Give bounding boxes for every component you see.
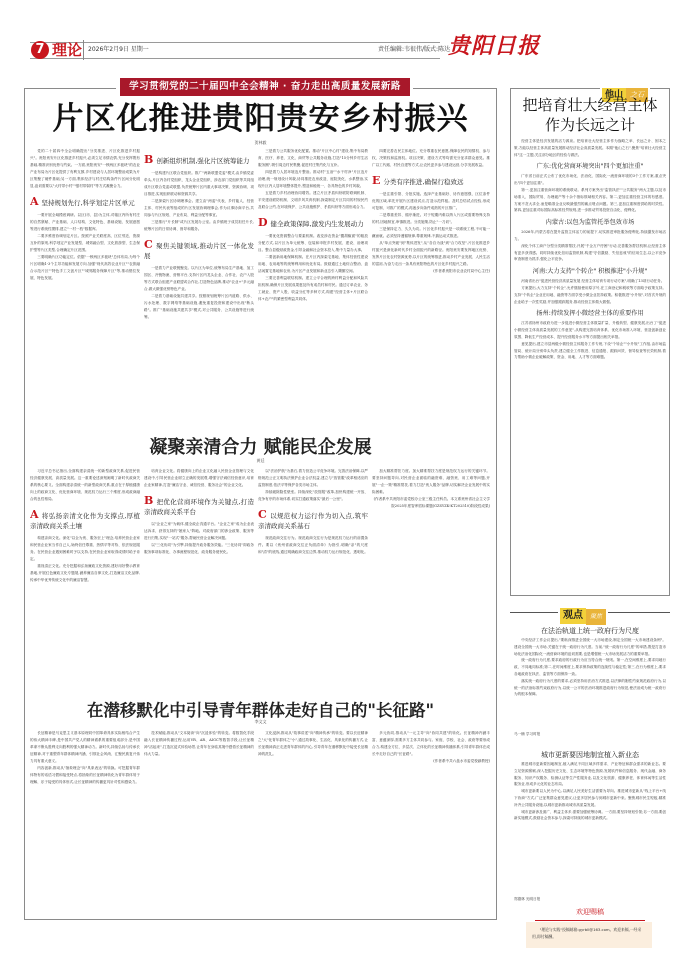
paragraph: 三是推行"片长制"或片区发展办公室。由乡镇班子成员担任片长,统筹片区的日常协调、… bbox=[144, 219, 254, 233]
lead-column-3: 三是着力公共服务优化配置。推动"片区中心村"建设,集中布局教育、医疗、养老、文化… bbox=[258, 148, 368, 433]
paragraph: 规范政商交往行为。规范政商交往行为是规范权力运行的前置条件。要以《贵州省政商交往… bbox=[258, 535, 368, 556]
bottom-column-2: 技术赋能,推动从"文本阅读"向"沉浸体验"的转变。将数智化手段融入长征精神传播过… bbox=[144, 730, 254, 915]
author-signature: (作者系中共六盘水市委党校副教授) bbox=[372, 758, 490, 765]
bottom-column-1: 长征精神是马克思主义基本原理同中国革命具体实际相结合产生的伟大精神丰碑,是中国共… bbox=[30, 730, 140, 915]
paragraph: 三是着力公共服务优化配置。推动"片区中心村"建设,集中布局教育、医疗、养老、文化… bbox=[258, 148, 368, 169]
lead-byline: 贺林毅 bbox=[24, 140, 497, 146]
paragraph: 习近平总书记指出,全面构建亲清统一的新型政商关系,促进民营经济健康发展、高质量发… bbox=[30, 468, 140, 503]
header-rule bbox=[30, 42, 440, 43]
paragraph: 加大精准帮扶力度。加大精准帮扶力度是规范权力运行的关键环节。要坚持问题导向,对民… bbox=[372, 468, 490, 496]
bottom-column-4: 多元协同,推动从"一元主导"向"协同共建"的转化。长征精神内涵丰富、意蕴深厚,需… bbox=[372, 730, 490, 915]
section-heading: D健全政策保障,激发内生发展动力 bbox=[258, 217, 368, 229]
mid-column-2: 培育企业文化。将健康向上的企业文化融入民营企业管理与文化建设中,引导民营企业树立… bbox=[144, 468, 254, 690]
lead-intro: 党的二十届四中全会明确提出"分类推进、片区化推进乡村振兴"。贵阳贵安片区化推进乡… bbox=[30, 148, 140, 190]
paragraph: 以"法治护航"为基石,着力营造公平竞争环境。完善法治保障,以严格规范公正文明执法… bbox=[258, 468, 368, 489]
paragraph: 中央经济工作会议提出,"要纵深推进全国统一大市场建设,制定全国统一大市场建设条例… bbox=[514, 637, 666, 657]
section-name: 理论 bbox=[52, 40, 82, 60]
sidebar-column-tag: 他山之石 bbox=[600, 82, 650, 96]
paragraph: 多元协同,推动从"一元主导"向"协同共建"的转化。长征精神内涵丰富、意蕴深厚,需… bbox=[372, 730, 490, 758]
paragraph: 五是着力乡村治理协同增效。建立片区矛盾纠纷联防联调机制、平安建设联防机制、文明乡… bbox=[258, 190, 368, 211]
section-heading: A坚持规划先行,科学划定片区单元 bbox=[30, 196, 140, 208]
section-heading: B创新组织机制,强化片区统筹能力 bbox=[144, 154, 254, 166]
paragraph: 江苏省扬州市政府为进一步促进小微经营主体数量扩量、升级转型、健康发展,出台了"促… bbox=[514, 320, 666, 340]
paragraph: 推进城市更新要因地制宜,植入满足不同区域多样需求、产业特征和群众需求的新业态。要… bbox=[514, 761, 666, 788]
paragraph: 从"单点突破"到"集体进发",从"各自为战"到"合力攻坚",片区化推进乡村振兴是… bbox=[372, 240, 490, 268]
author-signature: 马一楠 学习时报 bbox=[514, 731, 666, 739]
paragraph: 广东省日前正式公布了优化市场化、法治化、国际化一流营商环境的3个工作方案,重点突… bbox=[514, 173, 666, 187]
viewpoint-title: 城市更新要因地制宜植入新业态 bbox=[510, 750, 670, 760]
viewpoint-title: 在法治轨道上统一政府行为尺度 bbox=[510, 626, 670, 636]
paragraph: 文化浸润,推动从"故事讲述"向"精神传承"的转变。要以长征精神之"大"化青年群体… bbox=[258, 730, 368, 758]
paragraph: 城市更新涉及面广、利益主体多,需要加强统筹协调。一方面,要坚持规划引领;另一方面… bbox=[514, 809, 666, 823]
issue-date: 2026年2月9日 星期一 bbox=[88, 45, 149, 55]
page-number-badge: 7 bbox=[31, 41, 49, 59]
paragraph: 长征精神是马克思主义基本原理同中国革命具体实际相结合产生的伟大精神丰碑,是中国共… bbox=[30, 730, 140, 765]
paragraph: 第一,更加注重营商环境的系统联动。系列方案突出"监管执法""公共服务"两大主题,… bbox=[514, 187, 666, 214]
paragraph: 四是着力人居环境连片整治。推动村"五治""水干村净"片区连片治理,统一规划设计风… bbox=[258, 169, 368, 190]
mid-byline: 黄廷 bbox=[24, 458, 497, 464]
paragraph: 四要完善农民主体地位。充分尊重农民意愿,保障农民的知情权、参与权、决策权和监督权… bbox=[372, 148, 490, 169]
contribution-text: "理论与实践"投稿邮箱:gyrbll@163.com。欢迎来稿,一经采用,即付稿… bbox=[532, 926, 646, 940]
newspaper-masthead: 贵阳日报 bbox=[448, 32, 540, 60]
kicker-banner: 学习贯彻党的二十届四中全会精神 · 奋力走出高质量发展新路 bbox=[120, 78, 410, 96]
author-signature: 郑德林 光明日报 bbox=[514, 896, 666, 904]
frame-rule bbox=[24, 88, 116, 89]
paragraph: 重视清正文化。充分挖掘和弘扬廉政文化资源,建好用好警示教育基地,开展红色廉政文化… bbox=[30, 563, 140, 584]
sidebar-headline: 把培育壮大经营主体 作为长远之计 bbox=[510, 95, 670, 135]
contribution-title: 欢迎赐稿 bbox=[510, 907, 670, 917]
sidebar-subhead: 广东:优化营商环境突出"四个更加注重" bbox=[514, 162, 666, 172]
sidebar-subhead: 内蒙古:以包为监管托举包效市场 bbox=[514, 218, 666, 228]
paragraph: 一是着力产业联链聚变。以片区为单位,统筹布局生产基地、加工园区、冷链物流、营销平… bbox=[144, 265, 254, 293]
paragraph: 培育企业文化。将健康向上的企业文化融入民营企业管理与文化建设中,引导民营企业树立… bbox=[144, 468, 254, 489]
paragraph: 一要优化资源整合与要素机制。改变涉农资金"撒胡椒面"的粗放分配方式,以片区为单元… bbox=[258, 233, 368, 254]
paragraph: 二要创新用地保障机制。在片区内探索宅基地、集体经营性建设用地、农用地等的统筹利用… bbox=[258, 254, 368, 275]
paragraph: 城市更新要以人民为中心,以满足人民美好生活需要为导向。推进城市更新从"线上平台+… bbox=[514, 788, 666, 808]
sidebar-intro: 经营主体是经济发展的活力源泉。把培育壮大经营主体作为战略之举、长远之计、固本之策… bbox=[514, 138, 666, 158]
sidebar-subhead: 扬州:持续发挥小微经营主体的重要作用 bbox=[514, 309, 666, 319]
paragraph: 一是注重引领、分批实施。选择产业基础好、协作意愿强、区位条件优的区域,率先开展片… bbox=[372, 191, 490, 212]
lead-column-2: B创新组织机制,强化片区统筹能力 一是构建片区联合党组织。推广"两新联盟党委"模… bbox=[144, 148, 254, 433]
editor-credit: 责任编辑:韦很伟/版式:陈达 bbox=[378, 45, 450, 55]
author-signature: (作者系中共贵阳市委党校办公室三级主任科员。本文系贵州省社会主义学院2025年度… bbox=[372, 496, 490, 510]
contribution-box: "理论与实践"投稿邮箱:gyrbll@163.com。欢迎来稿,一经采用,即付稿… bbox=[526, 922, 652, 948]
paragraph: 三要完善利益联结机制。建立公平合理的跨村利益分配和风险共担机制,确保片区发展成果… bbox=[258, 275, 368, 303]
contribution-rule bbox=[535, 920, 645, 921]
paragraph: 统一政府行为尺度,要求政府的行政行为应当符合统一规则。第一,在空间维度上,要求同… bbox=[514, 657, 666, 677]
mid-column-4: 加大精准帮扶力度。加大精准帮扶力度是规范权力运行的关键环节。要坚持问题导向,对民… bbox=[372, 468, 490, 690]
lead-headline: 片区化推进贵阳贵安乡村振兴 bbox=[24, 100, 497, 138]
viewpoint-column-tag: 观点聚焦 bbox=[558, 603, 608, 619]
paragraph: 持续破除隐性壁垒。持续深化"放管服"改革,加快构建统一开放、竞争有序的市场体系,… bbox=[258, 489, 368, 503]
divider bbox=[83, 40, 84, 60]
paragraph: 意见提出,建立市县两级小微经营主体服务工作专班,下设"个转企""小升规"工作组,… bbox=[514, 341, 666, 361]
lead-column-4: 四要完善农民主体地位。充分尊重农民意愿,保障农民的知情权、参与权、决策权和监督权… bbox=[372, 148, 490, 433]
paragraph: 二要多维度协调划定片区。按照产业关联度高、区位邻近、资源互补的原则,科学划定产业… bbox=[30, 233, 140, 254]
paragraph: 深化个体工商户分型分类精准帮扶,开展"千企万户纾困"行动,完善服务帮扶机制,让经… bbox=[514, 243, 666, 263]
section-heading: B把优化营商环境作为关键点,打造亲清政商关系平台 bbox=[144, 495, 254, 517]
frame-rule bbox=[413, 88, 497, 89]
section-heading: E分类有序推进,确保行稳致远 bbox=[372, 175, 490, 187]
header-rule bbox=[30, 58, 440, 59]
paragraph: 2026年,内蒙古将在提升监管主体活力的前提下,切实推进审批服务便利化,持续激发… bbox=[514, 229, 666, 243]
bottom-byline: 李文文 bbox=[24, 719, 497, 725]
paragraph: 内容创新,推动从"抽象理念"向"具象表达"的转换。可挖掘青年群体特有的话语习惯和… bbox=[30, 765, 140, 786]
mid-headline: 凝聚亲清合力 赋能民企发展 bbox=[24, 436, 497, 460]
paragraph: 二是尊重差异、循序渐进。对于短期内难以纳入片区或需要特殊支持的村,因地制宜,审慎… bbox=[372, 212, 490, 226]
section-heading: C以规范权力运行作为切入点,筑牢亲清政商关系基石 bbox=[258, 509, 368, 531]
paragraph: 一是构建片区联合党组织。推广"两新联盟党委"模式,由乡镇党委牵头,片区内各村党组… bbox=[144, 170, 254, 198]
lead-column-1: 党的二十届四中全会明确提出"分类推进、片区化推进乡村振兴"。贵阳贵安片区化推进乡… bbox=[30, 148, 140, 433]
mid-column-3: 以"法治护航"为基石,着力营造公平竞争环境。完善法治保障,以严格规范公正文明执法… bbox=[258, 468, 368, 690]
paragraph: 一要开展全域摸底调研。以区(市、县)为主体,对辖区内所有村庄的自然禀赋、产业基础… bbox=[30, 212, 140, 233]
paragraph: 构建亲商文化。深化"以企为贵、服务至上"理念,培养民营企业家和民营企业家当作自己… bbox=[30, 535, 140, 563]
sidebar-subhead: 河南:大力支持"个转企" 积极推进"小升规" bbox=[514, 267, 666, 277]
viewpoint-body-2: 推进城市更新要因地制宜,植入满足不同区域多样需求、产业特征和群众需求的新业态。要… bbox=[514, 761, 666, 897]
author-signature: (作者系贵阳市农业农村局中心主任) bbox=[372, 268, 490, 275]
paragraph: 以"三化协同"为引擎,持续提升政务服务效能。"三化协同"即政务服务事项标准化、办… bbox=[144, 542, 254, 556]
paragraph: 河南省出台"促进民营经济高质量发展 经营主体培育专项行动方案",明确了13项行动… bbox=[514, 278, 666, 285]
paragraph: 三是保持定力、久久为功。片区化乡村振兴是一项系统工程,不可能一蹴而就。必须坚持遵… bbox=[372, 226, 490, 240]
paragraph: 方案提出,大力支持"个转企",允许继续使用原字号,在工商登记和税收等方面给予政策… bbox=[514, 285, 666, 305]
paragraph: 二是着力基础设施共建共享。按照规划统筹片区内道路、供水、污水处理、数字网络等基础… bbox=[144, 293, 254, 321]
section-heading: A将弘扬亲清文化作为支撑点,厚植亲清政商关系土壤 bbox=[30, 509, 140, 531]
paragraph: 三要明确片区功能定位。依据"一核两区多板块"总体布局,为每个片区明确1-3个主导… bbox=[30, 254, 140, 282]
bottom-column-3: 文化浸润,推动从"故事讲述"向"精神传承"的转变。要以长征精神之"大"化青年群体… bbox=[258, 730, 368, 915]
paragraph: 二是探索片区协调理事会。建立由"两委"代表、乡村能人、经营主体、村民代表等组成的… bbox=[144, 198, 254, 219]
paragraph: 技术赋能,推动从"文本阅读"向"沉浸体验"的转变。将数智化手段融入长征精神传播过… bbox=[144, 730, 254, 758]
section-heading: C聚焦关键领域,推动片区一体化发展 bbox=[144, 239, 254, 261]
paragraph: 落实统一政府行为尺度的要求,必须坚持用法治方式推进,以法律的刚性约束规范政府行为… bbox=[514, 678, 666, 698]
viewpoint-body-1: 中央经济工作会议提出,"要纵深推进全国统一大市场建设,制定全国统一大市场建设条例… bbox=[514, 637, 666, 731]
paragraph: 以"企业之家"为载体,健全政企沟通平台。"企业之家"成为企业表达诉求、获得支持的… bbox=[144, 521, 254, 542]
sidebar-body: 经营主体是经济发展的活力源泉。把培育壮大经营主体作为战略之举、长远之计、固本之策… bbox=[514, 138, 666, 592]
mid-column-1: 习近平总书记指出,全面构建亲清统一的新型政商关系,促进民营经济健康发展、高质量发… bbox=[30, 468, 140, 690]
